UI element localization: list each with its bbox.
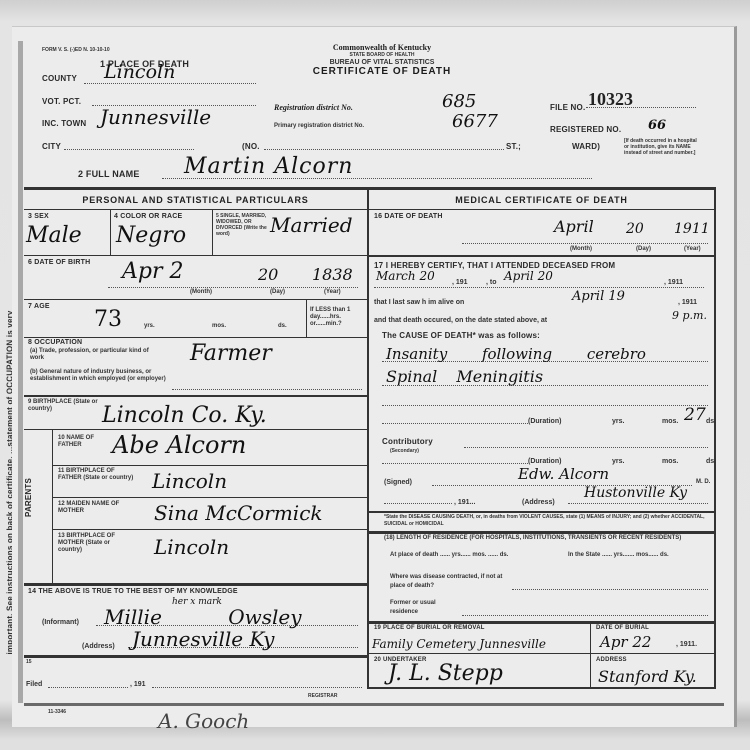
rule: [24, 655, 367, 658]
rule: [369, 687, 714, 689]
cause-footnote: *State the DISEASE CAUSING DEATH, or, in…: [384, 514, 710, 528]
primary-district-label: Primary registration district No.: [274, 123, 364, 130]
full-name-label: 2 FULL NAME: [78, 169, 140, 179]
duration-yrs: yrs.: [612, 418, 624, 425]
occupation-industry-label: (b) General nature of industry business,…: [30, 369, 170, 383]
contributory-duration-label: (Duration): [528, 458, 561, 465]
occupation-value: Farmer: [190, 341, 272, 366]
rule: [369, 621, 714, 624]
registrar-signature-field: [152, 681, 362, 688]
rule: [306, 299, 307, 337]
residence-in-state: In the State ...... yrs....... mos......…: [568, 551, 708, 560]
signed-label: (Signed): [384, 479, 412, 486]
dod-day-caption: (Day): [636, 246, 651, 253]
rule: [52, 529, 367, 530]
st-label: St.;: [506, 142, 521, 151]
cause-line-2: Spinal Meningitis: [382, 373, 708, 386]
month-caption: (Month): [190, 289, 212, 296]
full-name-field: Martin Alcorn: [162, 160, 592, 179]
rule: [714, 187, 716, 689]
cause-line-3: [382, 401, 708, 406]
inc-town-label: Inc. Town: [42, 119, 86, 128]
occupation-label: 8 OCCUPATION: [28, 339, 82, 346]
undertaker-address-value: Stanford Ky.: [598, 667, 697, 686]
physician-address-label: (Address): [522, 499, 555, 506]
where-contracted-label: Where was disease contracted, if not at …: [390, 573, 510, 591]
informant-label: (Informant): [42, 619, 79, 626]
less-than-day-label: If LESS than 1 day......hrs. or......min…: [310, 307, 366, 328]
county-value: Lincoln: [104, 61, 175, 83]
vot-pct-label: Vot. Pct.: [42, 97, 81, 106]
file-no-field: 10323: [586, 91, 696, 108]
date-of-birth-field: Apr 2 20 1838: [108, 273, 358, 288]
mother-birthplace-value: Lincoln: [154, 535, 229, 559]
attended-dates-field: March 20 , 191 , to April 20 , 1911: [374, 281, 704, 288]
md-label: M. D.: [696, 479, 710, 486]
mother-birthplace-label: 13 BIRTHPLACE OF MOTHER (State or countr…: [58, 533, 134, 554]
former-residence-field: [462, 611, 708, 616]
death-time-value: 9 p.m.: [672, 309, 707, 322]
age-mos-label: mos.: [212, 323, 226, 330]
last-saw-date: April 19: [572, 289, 625, 304]
rule: [369, 511, 714, 513]
duration-value: 27: [684, 405, 706, 425]
informant-address-label: (Address): [82, 643, 115, 650]
no-label: (No.: [242, 142, 260, 151]
father-name-value: Abe Alcorn: [112, 431, 246, 459]
filed-label: Filed: [26, 681, 42, 688]
marital-status-value: Married: [270, 213, 353, 237]
registered-no-label: Registered No.: [550, 125, 621, 134]
rule: [590, 623, 591, 687]
age-value: 73: [94, 307, 122, 332]
rule: [24, 255, 367, 256]
where-contracted-field: [512, 585, 708, 590]
burial-place-label: 19 PLACE OF BURIAL OR REMOVAL: [374, 625, 485, 631]
ward-label: Ward): [572, 142, 600, 151]
attended-to-year: , 1911: [664, 279, 683, 286]
informant-address-field: Junnesville Ky: [128, 631, 358, 648]
county-label: County: [42, 74, 77, 83]
marital-status-label: 5 SINGLE, MARRIED, WIDOWED, OR DIVORCED …: [216, 213, 278, 237]
cause-line-1-value: Insanity following cerebro: [386, 345, 646, 363]
physician-address-value: Hustonville Ky: [584, 485, 687, 501]
rule: [24, 703, 724, 706]
attended-to-value: April 20: [504, 269, 553, 283]
age-yrs-label: yrs.: [144, 323, 155, 330]
signed-date-field: [384, 499, 452, 504]
attended-from-value: March 20: [376, 269, 435, 283]
mother-name-label: 12 MAIDEN NAME OF MOTHER: [58, 501, 134, 515]
dob-month-value: Apr 2: [122, 259, 183, 284]
registration-district-label: Registration district No.: [274, 103, 353, 112]
burial-date-value: Apr 22: [600, 633, 651, 651]
last-saw-label: that I last saw h im alive on: [374, 299, 464, 306]
parents-label: PARENTS: [24, 478, 33, 517]
secondary-label: (Secondary): [390, 448, 419, 455]
date-of-death-label: 16 DATE OF DEATH: [374, 213, 443, 220]
city-field: [64, 141, 194, 150]
date-of-death-field: April 20 1911: [462, 237, 708, 244]
rule: [369, 255, 714, 257]
contributory-label: Contributory: [382, 437, 433, 446]
duration-label: (Duration): [528, 418, 561, 425]
dob-day-value: 20: [258, 265, 278, 284]
form-code: 11-3346: [48, 709, 66, 716]
birthplace-value: Lincoln Co. Ky.: [102, 403, 267, 428]
birthplace-label: 9 BIRTHPLACE (State or country): [28, 399, 108, 413]
cause-of-death-label: The CAUSE OF DEATH* was as follows:: [382, 331, 540, 340]
informant-field: Millie Owsley her x mark: [96, 609, 358, 626]
father-name-label: 10 NAME OF FATHER: [58, 435, 108, 449]
dod-year-value: 1911: [674, 221, 710, 237]
death-occurred-label: and that death occured, on the date stat…: [374, 317, 547, 324]
signed-year: , 191...: [454, 499, 475, 506]
board-text: STATE BOARD OF HEALTH: [292, 52, 472, 59]
column-divider: [367, 189, 369, 689]
rule: [369, 209, 714, 210]
sex-value: Male: [26, 223, 82, 248]
duration-mos: mos.: [662, 418, 678, 425]
field-15-number: 15: [26, 659, 32, 666]
city-label: City: [42, 142, 61, 151]
rule: [24, 583, 367, 586]
rule: [369, 653, 714, 654]
dod-month-caption: (Month): [570, 246, 592, 253]
county-field: Lincoln: [84, 69, 256, 84]
rule: [52, 497, 367, 498]
contributory-mos: mos.: [662, 458, 678, 465]
color-race-value: Negro: [116, 223, 186, 248]
residence-at-place: At place of death ...... yrs...... mos. …: [390, 551, 550, 560]
physician-signature-value: Edw. Alcorn: [518, 465, 609, 483]
file-no-value: 10323: [588, 89, 633, 110]
undertaker-value: J. L. Stepp: [388, 661, 503, 686]
residence-label: (18) LENGTH OF RESIDENCE (FOR HOSPITALS,…: [384, 535, 710, 542]
full-name-value: Martin Alcorn: [184, 154, 353, 179]
left-binding-bar: [18, 41, 23, 703]
age-ds-label: ds.: [278, 323, 287, 330]
father-birthplace-label: 11 BIRTHPLACE OF FATHER (State or countr…: [58, 468, 134, 482]
informant-mark: her x mark: [172, 597, 222, 607]
registrar-signature: A. Gooch: [158, 709, 249, 733]
occupation-industry-field: [172, 385, 362, 390]
day-caption: (Day): [270, 289, 285, 296]
informant-value: Millie Owsley: [104, 605, 302, 629]
inc-town-field: Junnesville: [92, 105, 282, 127]
filed-date-field: [48, 681, 128, 688]
year-caption: (Year): [324, 289, 341, 296]
hospital-note: [If death occurred in a hospital or inst…: [624, 138, 700, 156]
cause-line-2-value: Spinal Meningitis: [386, 367, 543, 386]
age-label: 7 AGE: [28, 303, 50, 310]
rule: [52, 429, 53, 583]
contributory-yrs: yrs.: [612, 458, 624, 465]
inc-town-value: Junnesville: [100, 105, 211, 129]
rule: [24, 299, 367, 300]
dob-year-value: 1838: [312, 265, 353, 284]
dod-month-value: April: [554, 217, 594, 236]
medical-section-title: MEDICAL CERTIFICATE OF DEATH: [369, 195, 714, 205]
attended-from-year: , 191: [452, 279, 468, 286]
rule: [52, 465, 367, 466]
rule: [24, 337, 367, 338]
above-true-statement: 14 THE ABOVE IS TRUE TO THE BEST OF MY K…: [28, 588, 238, 595]
occupation-trade-label: (a) Trade, profession, or particular kin…: [30, 348, 160, 362]
last-saw-year: , 1911: [678, 299, 697, 306]
rule: [369, 531, 714, 534]
registered-no-value: 66: [648, 118, 666, 133]
rule: [24, 429, 367, 430]
undertaker-address-label: ADDRESS: [596, 657, 627, 663]
dod-day-value: 20: [626, 221, 644, 237]
registrar-label: REGISTRAR: [308, 693, 337, 700]
color-race-label: 4 COLOR OR RACE: [114, 213, 182, 220]
father-birthplace-value: Lincoln: [152, 469, 227, 493]
date-of-birth-label: 6 DATE OF BIRTH: [28, 259, 90, 266]
sex-label: 3 SEX: [28, 213, 49, 220]
filed-year: , 191: [130, 681, 146, 688]
rule: [110, 209, 111, 255]
attended-to-label: , to: [486, 279, 497, 286]
burial-year: , 1911.: [676, 641, 697, 648]
certificate-title: CERTIFICATE OF DEATH: [292, 66, 472, 77]
rule: [24, 209, 367, 210]
rule: [24, 395, 367, 397]
rule: [212, 209, 213, 255]
informant-address-value: Junnesville Ky: [132, 627, 274, 651]
burial-date-label: DATE OF BURIAL: [596, 625, 649, 631]
mother-name-value: Sina McCormick: [154, 501, 323, 525]
divider-top: [24, 187, 714, 190]
former-residence-label: Former or usual residence: [390, 599, 460, 617]
file-no-label: File No.: [550, 103, 585, 112]
form-number: FORM V. S. (-)ED N. 10-10-10: [42, 47, 110, 54]
duration-line: [382, 419, 528, 424]
bureau-text: BUREAU OF VITAL STATISTICS: [292, 59, 472, 66]
dod-year-caption: (Year): [684, 246, 701, 253]
registration-district-value: 685: [442, 91, 476, 112]
contributory-duration-line: [382, 459, 528, 464]
physician-address-field: Hustonville Ky: [568, 497, 708, 504]
commonwealth-text: Commonwealth of Kentucky: [292, 43, 472, 52]
street-field: [264, 141, 504, 150]
contributory-field: [464, 443, 708, 448]
cause-line-1: Insanity following cerebro: [382, 349, 708, 362]
certificate-heading: Commonwealth of Kentucky STATE BOARD OF …: [292, 43, 472, 77]
death-certificate: FORM V. S. (-)ED N. 10-10-10 1 PLACE OF …: [12, 26, 737, 727]
burial-place-value: Family Cemetery Junnesville: [372, 637, 546, 651]
primary-district-value: 6677: [452, 111, 498, 132]
personal-section-title: PERSONAL AND STATISTICAL PARTICULARS: [24, 195, 367, 205]
